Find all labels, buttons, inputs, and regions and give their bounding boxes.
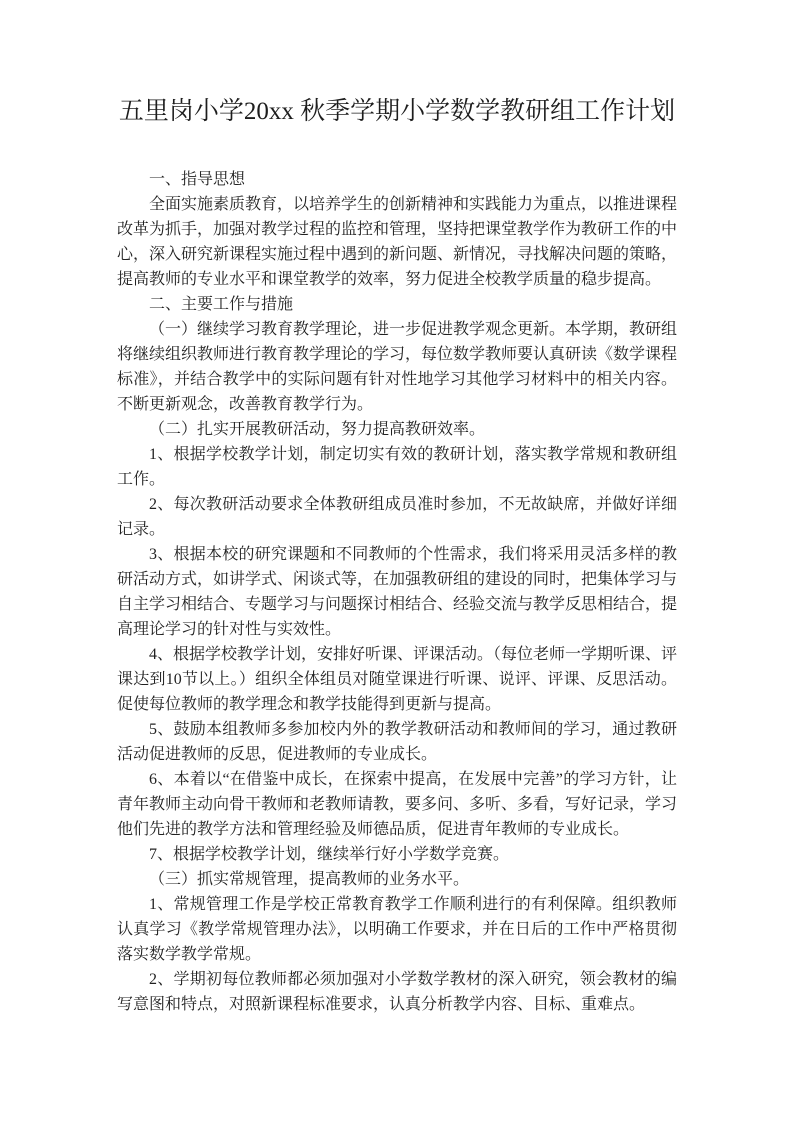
paragraph: 2、每次教研活动要求全体教研组成员准时参加，不无故缺席，并做好详细记录。 [117,492,677,542]
paragraph: （一）继续学习教育教学理论，进一步促进教学观念更新。本学期，教研组将继续组织教师… [117,317,677,417]
paragraph-subheading: （二）扎实开展教研活动，努力提高教研效率。 [117,417,677,442]
paragraph: 3、根据本校的研究课题和不同教师的个性需求，我们将采用灵活多样的教研活动方式，如… [117,542,677,642]
paragraph-subheading: （三）抓实常规管理，提高教师的业务水平。 [117,867,677,892]
paragraph: 7、根据学校教学计划，继续举行好小学数学竞赛。 [117,842,677,867]
document-content: 五里岗小学20xx 秋季学期小学数学教研组工作计划 一、指导思想 全面实施素质教… [117,95,677,1017]
document-title: 五里岗小学20xx 秋季学期小学数学教研组工作计划 [117,95,677,128]
paragraph: 1、根据学校教学计划，制定切实有效的教研计划，落实教学常规和教研组工作。 [117,442,677,492]
paragraph: 4、根据学校教学计划，安排好听课、评课活动。（每位老师一学期听课、评课达到10节… [117,642,677,717]
document-page: 五里岗小学20xx 秋季学期小学数学教研组工作计划 一、指导思想 全面实施素质教… [0,0,793,1122]
paragraph: 6、本着以“在借鉴中成长，在探索中提高，在发展中完善”的学习方针，让青年教师主动… [117,767,677,842]
paragraph: 5、鼓励本组教师多参加校内外的教学教研活动和教师间的学习，通过教研活动促进教师的… [117,717,677,767]
paragraph: 2、学期初每位教师都必须加强对小学数学教材的深入研究，领会教材的编写意图和特点，… [117,967,677,1017]
paragraph-heading-1: 一、指导思想 [117,167,677,192]
paragraph: 1、常规管理工作是学校正常教育教学工作顺利进行的有利保障。组织教师认真学习《教学… [117,892,677,967]
paragraph: 全面实施素质教育，以培养学生的创新精神和实践能力为重点，以推进课程改革为抓手，加… [117,192,677,292]
paragraph-heading-2: 二、主要工作与措施 [117,292,677,317]
